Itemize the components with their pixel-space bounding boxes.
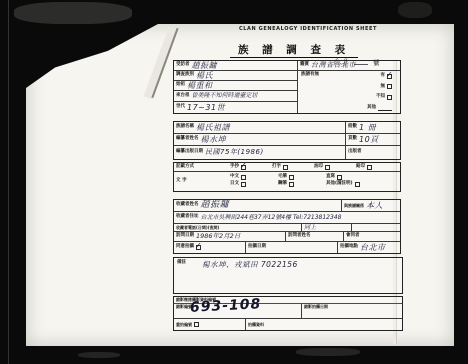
compiler-label: 編纂者姓名 <box>176 137 199 142</box>
checkbox: ✓ <box>196 245 201 250</box>
visit-date-value: 1986年2月2日 <box>196 233 240 240</box>
exists-title: 族譜有無 <box>301 73 319 78</box>
interviewer-label: 訪問者姓名 <box>288 234 311 239</box>
compiler-value: 楊水坤 <box>201 136 227 144</box>
publisher-label: 出版者 <box>348 150 362 155</box>
clan-value: 楊氏 <box>196 72 213 80</box>
script-row-label: 文 字 <box>176 179 230 184</box>
consent-label: 同意拍攝 <box>176 245 194 250</box>
pages-label: 頁數 <box>348 137 357 142</box>
holder-name-value: 趙振鏞 <box>201 201 230 210</box>
migrant-label: 來台祖 <box>176 94 190 99</box>
name-label: 受訪者 <box>176 63 190 68</box>
genealogy-title-label: 族譜名稱 <box>176 125 194 130</box>
companion-label: 會同者 <box>346 234 360 239</box>
holder-phone-label: 收藏者電話(日間)(夜間) <box>176 226 219 230</box>
compile-date-label: 編纂出版日期 <box>176 150 203 155</box>
exists-option: 有 ✓ <box>381 74 393 79</box>
generations-value: 17~31世 <box>187 104 225 112</box>
exists-option: 其他 <box>367 105 392 111</box>
holder-address-label: 收藏者住址 <box>176 215 199 220</box>
compile-date-value: 民國75年(1986) <box>205 149 264 156</box>
script-option-group: 中文 日文 <box>230 175 278 187</box>
checkbox <box>241 175 246 180</box>
format-option: 油印 <box>314 165 356 170</box>
checkbox <box>289 182 294 187</box>
checkbox: ✓ <box>241 165 246 170</box>
genealogy-title-value: 楊氏祖譜 <box>196 124 230 132</box>
format-row-label: 記載方式 <box>176 165 230 170</box>
checkbox <box>337 175 342 180</box>
volumes-value: 1 冊 <box>359 124 376 132</box>
shoot-date-label: 拍攝日期 <box>248 245 266 250</box>
holder-phone-value: 同上 <box>304 225 316 231</box>
retake-label: 重拍編號 <box>176 323 192 327</box>
checkbox <box>283 165 288 170</box>
clan-label: 調查族別 <box>176 73 194 78</box>
format-option: 手抄 ✓ <box>230 165 272 170</box>
scan-smudge <box>78 352 120 358</box>
remarks-label: 備註 <box>177 261 186 266</box>
genealogy-info-table: 族譜名稱 楊氏祖譜 冊數 1 冊 編纂者姓名 楊水坤 頁數 10頁 編纂出版日期… <box>173 121 401 160</box>
checkbox <box>289 175 294 180</box>
exists-option: 無 <box>381 84 393 89</box>
printed-english-title: CLAN GENEALOGY IDENTIFICATION SHEET <box>208 26 408 32</box>
checkbox <box>241 182 246 187</box>
microfilm-scan: CLAN GENEALOGY IDENTIFICATION SHEET 族 譜 … <box>0 0 468 364</box>
checkbox <box>355 182 360 187</box>
holder-table: 收藏者姓名 趙振鏞 與族譜關係 本人 收藏者住址 台北市吳興街244巷37弄12… <box>173 199 401 254</box>
relation-value: 本人 <box>366 202 383 210</box>
genealogy-exists-box: 族譜有無 有 ✓ 無 不知 其他 <box>298 71 400 113</box>
holder-name-label: 收藏者姓名 <box>176 203 199 208</box>
checkbox <box>367 165 372 170</box>
remarks-box: 備註 楊水坤、戎斌田 7022156 <box>173 257 403 294</box>
shoot-place-value: 台北市 <box>360 244 386 252</box>
ancestor-value: 楊重和 <box>187 82 213 90</box>
format-option: 鉛印 <box>356 165 372 170</box>
script-option-group: 毛筆 鋼筆 <box>278 175 326 187</box>
volumes-label: 冊數 <box>348 125 357 130</box>
scan-smudge <box>296 348 360 356</box>
scan-smudge <box>398 2 432 18</box>
shoot-place-label: 拍攝地點 <box>340 245 358 250</box>
script-option-group: 直寫 其他(請註明) <box>326 175 360 187</box>
record-format-table: 記載方式 手抄 ✓ 打字 油印 鉛印 文 字 中文 日 <box>173 162 401 192</box>
respondent-table: 受訪者 趙振鏞 籍貫 台灣省台北市 調查族別 楊氏 始祖 楊重和 來台祖 曾美隆… <box>173 60 401 114</box>
origin-value: 台灣省台北市 <box>311 62 356 69</box>
origin-label: 籍貫 <box>300 63 309 68</box>
other-blank-line <box>378 105 392 111</box>
microfilm-box: 縮影微捲攝影資料編號 縮影編號 縮影拍攝日期 重拍編號 拍攝資料 693-108 <box>173 296 403 331</box>
pages-value: 10頁 <box>359 136 379 144</box>
exists-option: 不知 <box>376 95 392 100</box>
migrant-value: 曾美隆不知何時遷臺定居 <box>192 93 258 99</box>
holder-address-value: 台北市吳興街244巷37弄12號4樓 Tel:7213812348 <box>201 215 342 221</box>
relation-label: 與族譜關係 <box>344 204 364 208</box>
checkbox: ✓ <box>387 74 392 79</box>
checkbox <box>194 322 199 327</box>
checkbox <box>387 84 392 89</box>
ancestor-label: 始祖 <box>176 83 185 88</box>
film-edge-line <box>8 0 9 364</box>
qty-label: 拍攝資料 <box>248 323 264 327</box>
scan-smudge <box>14 2 132 24</box>
name-value: 趙振鏞 <box>192 62 218 70</box>
remarks-value: 楊水坤、戎斌田 7022156 <box>202 261 298 269</box>
checkbox <box>325 165 330 170</box>
film-date-label: 縮影拍攝日期 <box>304 305 328 309</box>
generations-label: 世代 <box>176 105 185 110</box>
checkbox <box>387 95 392 100</box>
visit-date-label: 訪問日期 <box>176 234 194 239</box>
format-option: 打字 <box>272 165 314 170</box>
